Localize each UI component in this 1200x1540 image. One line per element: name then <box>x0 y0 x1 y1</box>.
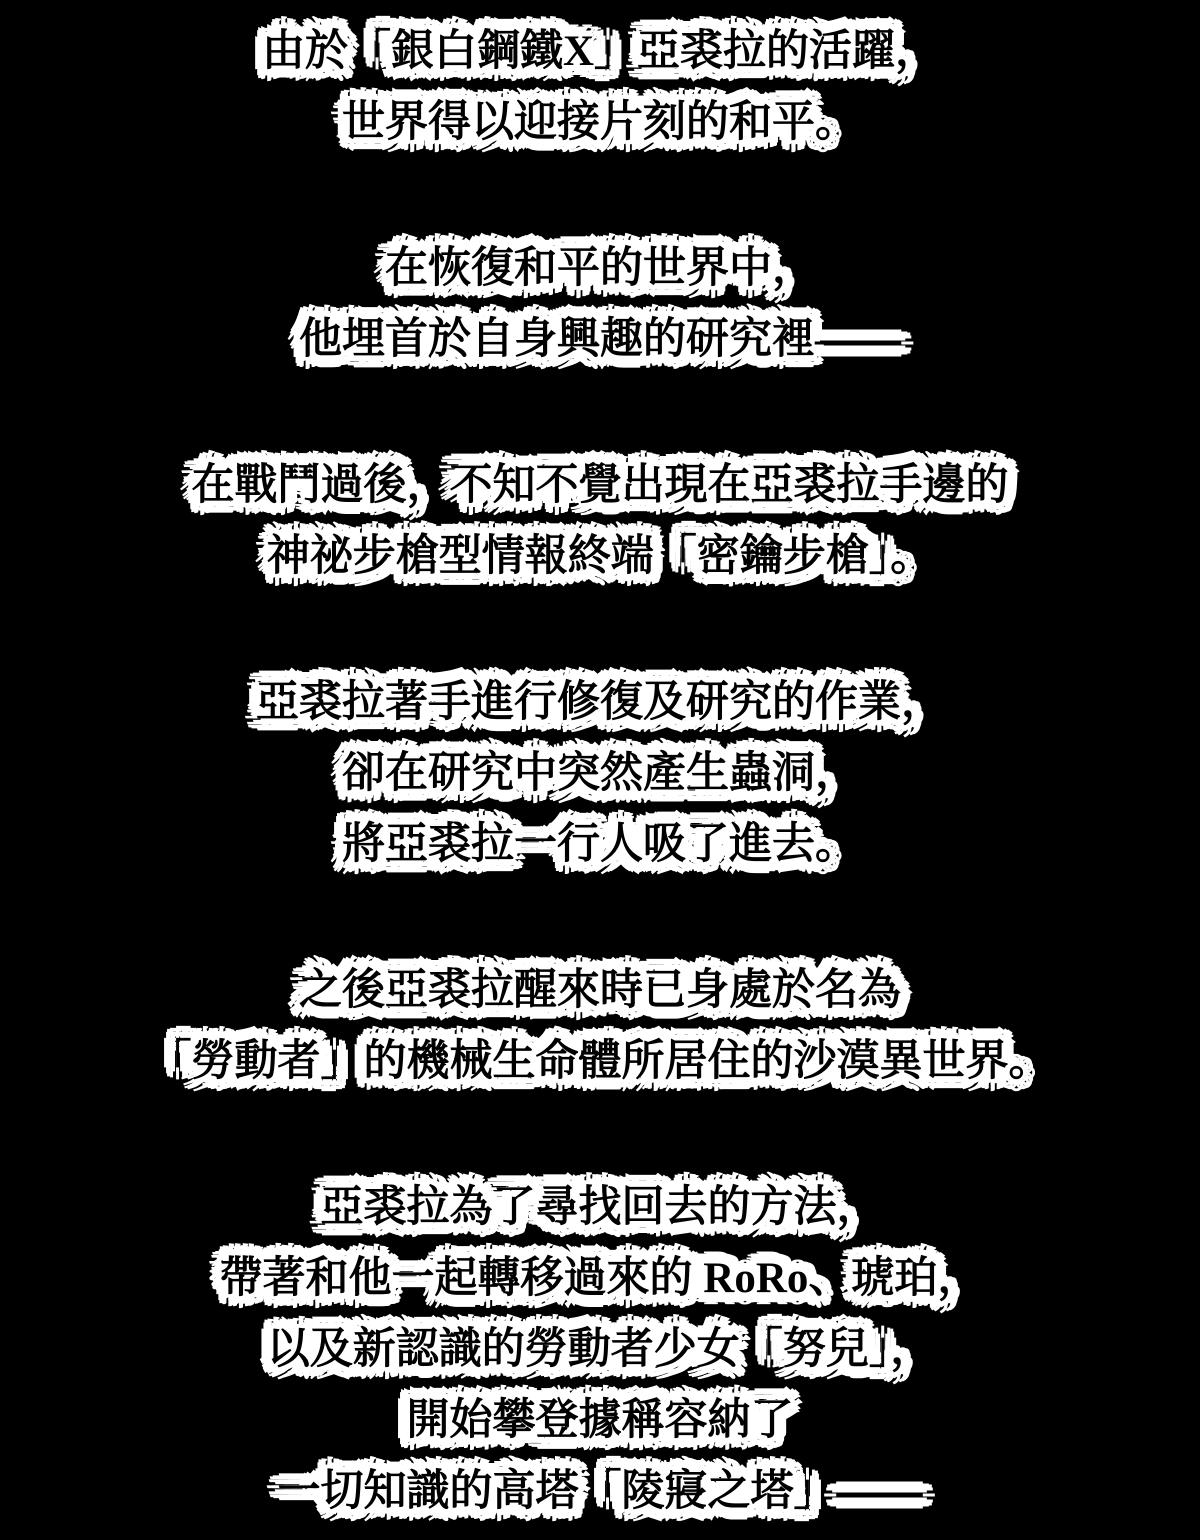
story-line: 以及新認識的勞動者少女「努兒」， <box>0 1314 1200 1385</box>
story-line: 「勞動者」的機械生命體所居住的沙漠異世界。 <box>0 1026 1200 1097</box>
story-line: 亞裘拉著手進行修復及研究的作業， <box>0 667 1200 738</box>
story-line: 在恢復和平的世界中， <box>0 233 1200 304</box>
story-line: 將亞裘拉一行人吸了進去。 <box>0 809 1200 880</box>
story-line: 帶著和他一起轉移過來的 RoRo、琥珀， <box>0 1243 1200 1314</box>
story-paragraph-2: 在恢復和平的世界中， 他埋首於自身興趣的研究裡—— <box>0 233 1200 375</box>
story-line: 在戰鬥過後，不知不覺出現在亞裘拉手邊的 <box>0 450 1200 521</box>
story-line: 亞裘拉為了尋找回去的方法， <box>0 1172 1200 1243</box>
story-line: 由於「銀白鋼鐵X」亞裘拉的活躍， <box>0 16 1200 87</box>
story-line: 一切知識的高塔「陵寢之塔」—— <box>0 1456 1200 1527</box>
story-line: 之後亞裘拉醒來時已身處於名為 <box>0 955 1200 1026</box>
story-line: 他埋首於自身興趣的研究裡—— <box>0 304 1200 375</box>
story-line: 卻在研究中突然產生蟲洞， <box>0 738 1200 809</box>
story-paragraph-6: 亞裘拉為了尋找回去的方法， 帶著和他一起轉移過來的 RoRo、琥珀， 以及新認識… <box>0 1172 1200 1527</box>
story-paragraph-5: 之後亞裘拉醒來時已身處於名為 「勞動者」的機械生命體所居住的沙漠異世界。 <box>0 955 1200 1097</box>
story-paragraph-4: 亞裘拉著手進行修復及研究的作業， 卻在研究中突然產生蟲洞， 將亞裘拉一行人吸了進… <box>0 667 1200 880</box>
story-paragraph-1: 由於「銀白鋼鐵X」亞裘拉的活躍， 世界得以迎接片刻的和平。 <box>0 16 1200 158</box>
story-line: 開始攀登據稱容納了 <box>0 1385 1200 1456</box>
story-line: 神祕步槍型情報終端「密鑰步槍」。 <box>0 521 1200 592</box>
story-line: 世界得以迎接片刻的和平。 <box>0 87 1200 158</box>
story-paragraph-3: 在戰鬥過後，不知不覺出現在亞裘拉手邊的 神祕步槍型情報終端「密鑰步槍」。 <box>0 450 1200 592</box>
story-text-screen: 由於「銀白鋼鐵X」亞裘拉的活躍， 世界得以迎接片刻的和平。 在恢復和平的世界中，… <box>0 0 1200 1540</box>
